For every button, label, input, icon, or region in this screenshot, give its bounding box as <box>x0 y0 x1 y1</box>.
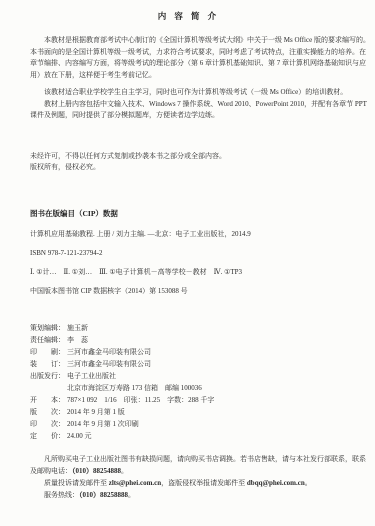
copyright-notice-line: 版权所有，侵权必究。 <box>30 162 347 174</box>
colophon-label: 开 本： <box>30 394 67 406</box>
cip-classification-line: Ⅰ. ①计… Ⅱ. ①刘… Ⅲ. ①电子计算机－高等学校－教材 Ⅳ. ①TP3 <box>30 268 347 276</box>
piracy-report-email: dbqq@phei.com.cn <box>247 479 305 487</box>
colophon-row-edition: 版 次：2014 年 9 月第 1 版 <box>30 406 347 418</box>
book-copyright-page: 内 容 简 介 本教材是根据教育部考试中心制订的《全国计算机等级考试大纲》中关于… <box>0 0 375 526</box>
service-note-line: 及邮购电话：（010）88254888。 <box>30 465 347 477</box>
colophon-value: 2014 年 9 月第 1 次印刷 <box>67 420 139 428</box>
intro-line: 章节编排、内容编写方面，将等级考试的理论部分（第 6 章计算机基础知识、第 7 … <box>30 58 347 70</box>
colophon-label: 定 价： <box>30 430 67 442</box>
intro-paragraph-3: 教材上册内容包括中文输入技术、Windows 7 操作系统、Word 2010、… <box>30 99 347 122</box>
mail-order-phone: （010）88254888 <box>72 467 121 475</box>
colophon-row-binder: 装 订：三河市鑫金马印装有限公司 <box>30 358 347 370</box>
mail-order-phone-label: 及邮购电话： <box>30 467 72 475</box>
service-note-line: 凡所购买电子工业出版社图书有缺损问题，请向购买书店调换。若书店售缺，请与本社发行… <box>30 453 347 465</box>
service-notes: 凡所购买电子工业出版社图书有缺损问题，请向购买书店调换。若书店售缺，请与本社发行… <box>30 453 347 501</box>
intro-line: 本书面向的是全国计算机等级一级考试，力求符合考试要求，同时考虑了考试特点，注重实… <box>30 47 347 59</box>
colophon-value: 787×1 092 1/16 印张：11.25 字数：288 千字 <box>67 396 214 404</box>
colophon-row-impression: 印 次：2014 年 9 月第 1 次印刷 <box>30 418 347 430</box>
colophon-value: 北京市海淀区万寿路 173 信箱 邮编 100036 <box>67 384 202 392</box>
intro-paragraph-1: 本教材是根据教育部考试中心制订的《全国计算机等级考试大纲》中关于一级 Ms Of… <box>30 35 347 81</box>
colophon-label: 出版发行： <box>30 370 67 382</box>
colophon-value: 2014 年 9 月第 1 版 <box>67 408 125 416</box>
colophon-row-printer: 印 刷：三河市鑫金马印装有限公司 <box>30 346 347 358</box>
intro-paragraph-2: 该教材适合职业学校学生自主学习，同时也可作为计算机等级考试（一级 Ms Offi… <box>30 87 347 99</box>
colophon-label: 责任编辑： <box>30 334 67 346</box>
service-note-line: 质量投诉请发邮件至 zlts@phei.com.cn，盗版侵权举报请发邮件至 d… <box>30 477 347 489</box>
colophon-value: 24.00 元 <box>67 432 92 440</box>
copyright-notice-line: 未经许可，不得以任何方式复制或抄袭本书之部分或全部内容。 <box>30 151 347 163</box>
service-note-line: 服务热线：（010）88258888。 <box>30 489 347 501</box>
colophon-value: 三河市鑫金马印装有限公司 <box>67 360 151 368</box>
colophon-value: 三河市鑫金马印装有限公司 <box>67 348 151 356</box>
copyright-notice: 未经许可，不得以任何方式复制或抄袭本书之部分或全部内容。 版权所有，侵权必究。 <box>30 151 347 174</box>
intro-line: 本教材是根据教育部考试中心制订的《全国计算机等级考试大纲》中关于一级 Ms Of… <box>30 35 347 47</box>
colophon-value: 李 蕊 <box>67 336 88 344</box>
colophon-row-responsible-editor: 责任编辑：李 蕊 <box>30 334 347 346</box>
cip-record-line: 中国版本图书馆 CIP 数据核字（2014）第 153088 号 <box>30 287 347 295</box>
colophon-label: 策划编辑： <box>30 322 67 334</box>
quality-complaint-email: zlts@phei.com.cn <box>109 479 161 487</box>
colophon-label: 版 次： <box>30 406 67 418</box>
colophon-label: 印 刷： <box>30 346 67 358</box>
cip-heading: 图书在版编目（CIP）数据 <box>30 208 347 219</box>
service-hotline-phone: （010）88258888 <box>79 491 128 499</box>
colophon-row-planning-editor: 策划编辑：施玉新 <box>30 322 347 334</box>
colophon-row-publisher: 出版发行：电子工业出版社 <box>30 370 347 382</box>
colophon-row-format: 开 本：787×1 092 1/16 印张：11.25 字数：288 千字 <box>30 394 347 406</box>
content-summary-heading: 内 容 简 介 <box>30 10 347 22</box>
colophon-block: 策划编辑：施玉新 责任编辑：李 蕊 印 刷：三河市鑫金马印装有限公司 装 订：三… <box>30 322 347 442</box>
intro-line: 教材上册内容包括中文输入技术、Windows 7 操作系统、Word 2010、… <box>30 99 347 111</box>
colophon-value: 电子工业出版社 <box>67 372 116 380</box>
hotline-label: 服务热线： <box>44 491 79 499</box>
cip-title-line: 计算机应用基础教程. 上册 / 刘力主编. —北京：电子工业出版社，2014.9 <box>30 230 347 238</box>
intro-line: 用）放在下册，这样便于考生考前记忆。 <box>30 70 347 82</box>
colophon-row-publisher-address: 北京市海淀区万寿路 173 信箱 邮编 100036 <box>30 382 347 394</box>
colophon-value: 施玉新 <box>67 324 88 332</box>
isbn-line: ISBN 978-7-121-23794-2 <box>30 249 347 257</box>
intro-line: 课件及例题，同时提供了部分模拟题库，方便读者边学边练。 <box>30 110 347 122</box>
colophon-row-price: 定 价：24.00 元 <box>30 430 347 442</box>
colophon-label: 印 次： <box>30 418 67 430</box>
colophon-label: 装 订： <box>30 358 67 370</box>
